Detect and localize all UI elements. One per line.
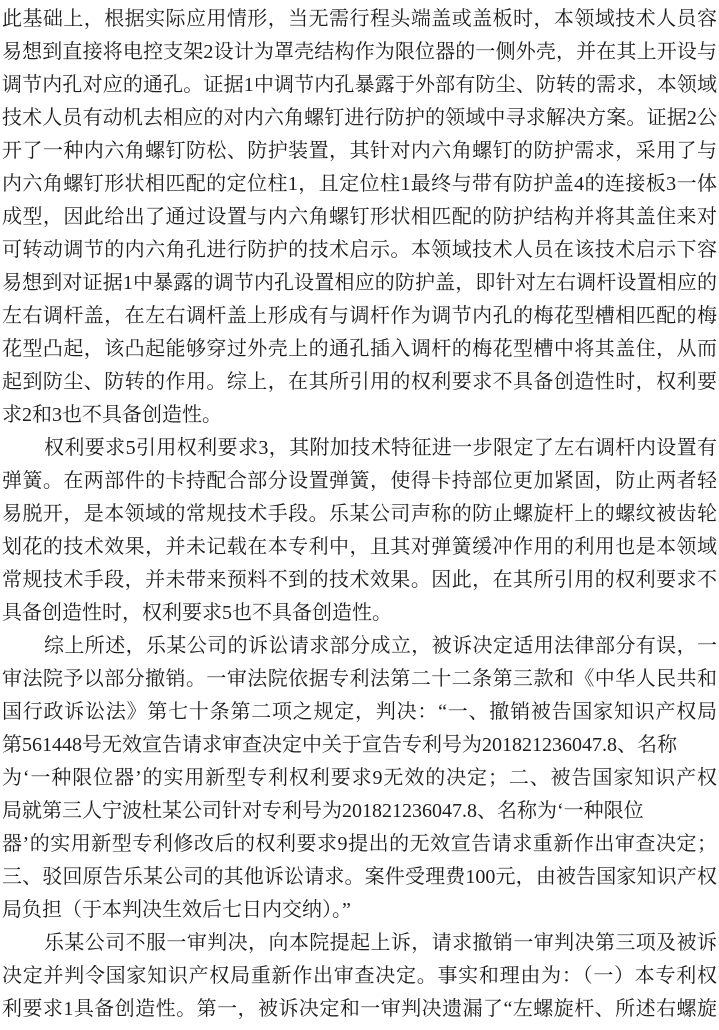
text-line: 划花的技术效果，并未记载在本专利中，且其对弹簧缓冲作用的利用也是本领域 <box>2 531 717 564</box>
text-line: 此基础上，根据实际应用情形，当无需行程头端盖或盖板时，本领域技术人员容 <box>2 3 717 36</box>
text-line: 弹簧。在两部件的卡持配合部分设置弹簧，使得卡持部位更加紧固，防止两者轻 <box>2 465 717 498</box>
text-line: 内六角螺钉形状相匹配的定位柱1，且定位柱1最终与带有防护盖4的连接板3一体 <box>2 168 717 201</box>
text-line: 花型凸起，该凸起能够穿过外壳上的通孔插入调杆的梅花型槽中将其盖住，从而 <box>2 333 717 366</box>
text-line: 局就第三人宁波杜某公司针对专利号为201821236047.8、名称为‘一种限位 <box>2 795 717 828</box>
text-line: 具备创造性时，权利要求5也不具备创造性。 <box>2 597 717 630</box>
text-line: 三、驳回原告乐某公司的其他诉讼请求。案件受理费100元，由被告国家知识产权 <box>2 861 717 894</box>
text-line: 可转动调节的内六角孔进行防护的技术启示。本领域技术人员在该技术启示下容 <box>2 234 717 267</box>
text-line: 国行政诉讼法》第七十条第二项之规定，判决：“一、撤销被告国家知识产权局 <box>2 696 717 729</box>
text-line: 局负担（于本判决生效后七日内交纳）。” <box>2 894 717 927</box>
text-line: 求2和3也不具备创造性。 <box>2 399 717 432</box>
text-line: 左右调杆盖，在左右调杆盖上形成有与调杆作为调节内孔的梅花型槽相匹配的梅 <box>2 300 717 333</box>
text-line: 开了一种内六角螺钉防松、防护装置，其针对内六角螺钉的防护需求，采用了与 <box>2 135 717 168</box>
text-line: 第561448号无效宣告请求审查决定中关于宣告专利号为201821236047.… <box>2 729 717 762</box>
document-page: 此基础上，根据实际应用情形，当无需行程头端盖或盖板时，本领域技术人员容 易想到直… <box>0 0 719 1030</box>
text-line: 调节内孔对应的通孔。证据1中调节内孔暴露于外部有防尘、防转的需求，本领域 <box>2 69 717 102</box>
text-line: 起到防尘、防转的作用。综上，在其所引用的权利要求不具备创造性时，权利要 <box>2 366 717 399</box>
text-line: 易想到对证据1中暴露的调节内孔设置相应的防护盖，即针对左右调杆设置相应的 <box>2 267 717 300</box>
text-line: 成型，因此给出了通过设置与内六角螺钉形状相匹配的防护结构并将其盖住来对 <box>2 201 717 234</box>
text-line: 易脱开，是本领域的常规技术手段。乐某公司声称的防止螺旋杆上的螺纹被齿轮 <box>2 498 717 531</box>
text-line: 乐某公司不服一审判决，向本院提起上诉，请求撤销一审判决第三项及被诉 <box>2 927 717 960</box>
text-line: 器’的实用新型专利修改后的权利要求9提出的无效宣告请求重新作出审查决定； <box>2 828 717 861</box>
text-line: 技术人员有动机去相应的对内六角螺钉进行防护的领域中寻求解决方案。证据2公 <box>2 102 717 135</box>
text-line: 利要求1具备创造性。第一，被诉决定和一审判决遗漏了“左螺旋杆、所述右螺旋 <box>2 993 717 1026</box>
text-line: 权利要求5引用权利要求3，其附加技术特征进一步限定了左右调杆内设置有 <box>2 432 717 465</box>
text-line: 决定并判令国家知识产权局重新作出审查决定。事实和理由为：（一）本专利权 <box>2 960 717 993</box>
text-line: 易想到直接将电控支架2设计为罩壳结构作为限位器的一侧外壳，并在其上开设与 <box>2 36 717 69</box>
text-line: 审法院予以部分撤销。一审法院依据专利法第二十二条第三款和《中华人民共和 <box>2 663 717 696</box>
text-line: 为‘一种限位器’的实用新型专利权利要求9无效的决定；二、被告国家知识产权 <box>2 762 717 795</box>
text-line: 综上所述，乐某公司的诉讼请求部分成立，被诉决定适用法律部分有误，一 <box>2 630 717 663</box>
text-line: 常规技术手段，并未带来预料不到的技术效果。因此，在其所引用的权利要求不 <box>2 564 717 597</box>
